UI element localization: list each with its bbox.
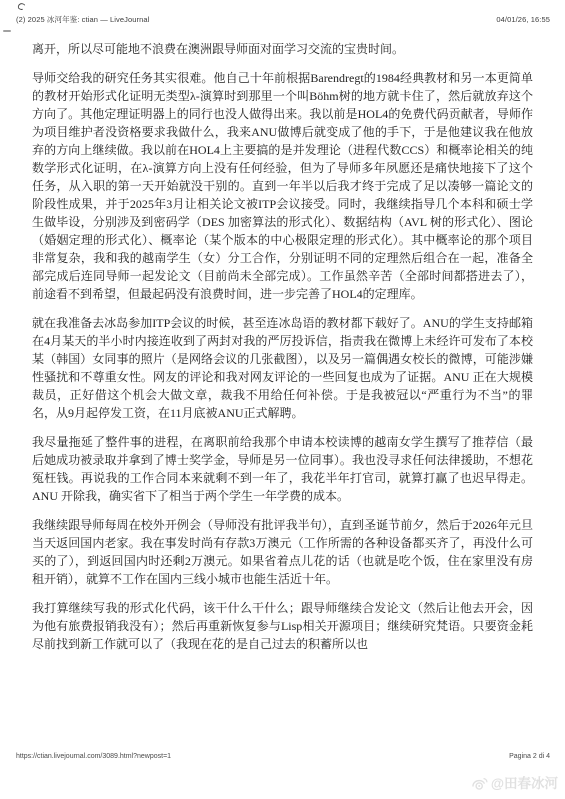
smudge-mark-left	[3, 30, 11, 32]
paragraph-5: 我继续跟导师每周在校外开例会（导师没有批评我半句），直到圣诞节前夕，然后于202…	[32, 516, 533, 588]
weibo-icon	[471, 777, 488, 791]
paragraph-4: 我尽量拖延了整件事的进程，在离职前给我那个申请本校读博的越南女学生撰写了推荐信（…	[32, 433, 533, 505]
printed-page: (2) 2025 冰河年鉴: ctian — LiveJournal 04/01…	[0, 0, 565, 799]
print-footer: https://ctian.livejournal.com/3089.html?…	[16, 752, 550, 761]
print-header-title: (2) 2025 冰河年鉴: ctian — LiveJournal	[16, 15, 149, 25]
print-header: (2) 2025 冰河年鉴: ctian — LiveJournal 04/01…	[16, 15, 550, 25]
print-header-datetime: 04/01/26, 16:55	[496, 15, 550, 25]
weibo-watermark-text: @田春冰河	[491, 774, 558, 794]
print-footer-url: https://ctian.livejournal.com/3089.html?…	[16, 752, 171, 761]
paragraph-6: 我打算继续写我的形式化代码，该干什么干什么；跟导师继续合发论文（然后让他去开会，…	[32, 599, 533, 653]
weibo-watermark: @田春冰河	[471, 774, 558, 794]
smudge-mark-top	[17, 2, 26, 11]
paragraph-2: 导师交给我的研究任务其实很难。他自己十年前根据Barendregt的1984经典…	[32, 69, 533, 303]
article-body: 离开，所以尽可能地不浪费在澳洲跟导师面对面学习交流的宝贵时间。 导师交给我的研究…	[32, 40, 533, 664]
paragraph-1: 离开，所以尽可能地不浪费在澳洲跟导师面对面学习交流的宝贵时间。	[32, 40, 533, 58]
print-footer-page-indicator: Pagina 2 di 4	[509, 752, 550, 761]
paragraph-3: 就在我准备去冰岛参加ITP会议的时候，甚至连冰岛语的教材都下载好了。ANU的学生…	[32, 314, 533, 422]
